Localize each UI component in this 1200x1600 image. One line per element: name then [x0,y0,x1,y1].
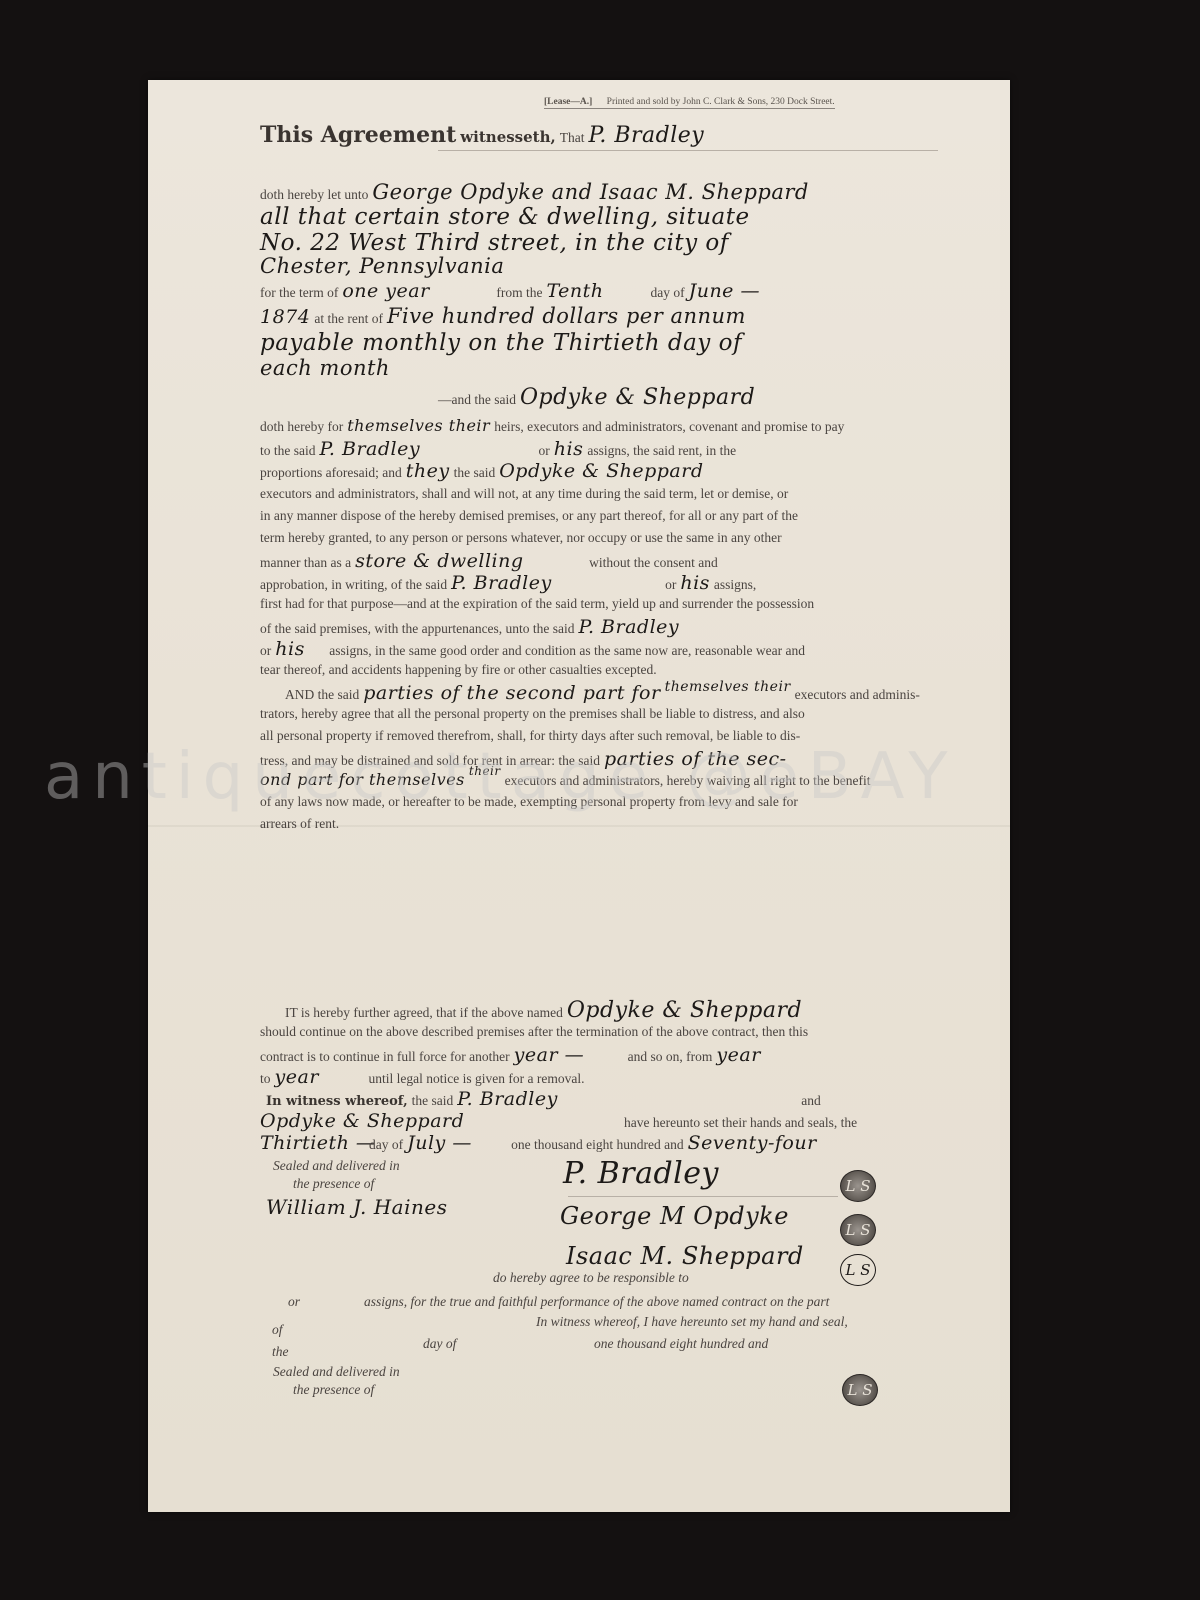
signature-sheppard: Isaac M. Sheppard [566,1242,804,1270]
printed-text: doth hereby let unto [260,187,368,202]
surety-line-2: or assigns, for the true and faithful pe… [288,1293,829,1311]
printed-text: the said [454,465,496,480]
lessor-name: P. Bradley [588,123,704,148]
lessor-name: P. Bradley [579,616,680,638]
body-line-17: approbation, in writing, of the said P. … [260,572,756,595]
handwritten-fill: themselves their [665,679,791,695]
body-line-6: 1874 at the rent of Five hundred dollars… [260,304,746,329]
watermark: antiquecottage @eBAY [44,740,957,814]
lessor-name: P. Bradley [451,572,661,594]
printed-text: day of [650,285,684,300]
printed-text: should continue on the above described p… [260,1022,808,1042]
witness-line-1: In witness whereof, the said P. Bradley … [266,1088,821,1111]
printed-text: executors and administrators, shall and … [260,484,788,504]
printed-text: day of [369,1137,403,1152]
witness-line-2: Opdyke & Sheppard have hereunto set thei… [260,1110,857,1133]
printed-text: assigns, for the true and faithful perfo… [364,1294,829,1309]
printed-text: or [260,643,271,658]
printed-text: executors and adminis- [795,687,920,702]
printed-text: arrears of rent. [260,814,339,834]
body-line-1: doth hereby let unto George Opdyke and I… [260,180,809,205]
printed-text: or [539,443,550,458]
printed-text: In witness whereof, [266,1094,408,1109]
printed-text: the said [412,1093,454,1108]
printed-text: or [288,1294,360,1310]
printed-text: of [272,1322,283,1338]
handwritten-fill: they [406,460,450,482]
renewal-line-1: IT is hereby further agreed, that if the… [285,998,802,1023]
body-line-22: AND the said parties of the second part … [285,682,920,705]
printed-text: of the said premises, with the appurtena… [260,621,575,636]
presence-label: the presence of [293,1176,374,1192]
printer-credit: Printed and sold by John C. Clark & Sons… [607,97,835,107]
printed-text: one thousand eight hundred and [594,1336,768,1352]
form-number: [Lease—A.] [544,97,592,107]
rent-amount: Five hundred dollars per annum [387,304,746,328]
printed-text: and so on, from [628,1049,713,1064]
lessor-name: P. Bradley [320,438,535,460]
presence-label: the presence of [293,1382,374,1398]
seal-icon: L S [842,1374,878,1406]
signing-day: Thirtieth — [260,1132,365,1154]
lessor-name: P. Bradley [457,1088,797,1110]
printer-line: [Lease—A.] Printed and sold by John C. C… [544,97,835,109]
printed-text: first had for that purpose—and at the ex… [260,594,814,614]
renewal-line-4: to year until legal notice is given for … [260,1066,584,1089]
sealed-label: Sealed and delivered in [273,1158,400,1174]
printed-text: assigns, [714,577,756,592]
lessees-names: George Opdyke and Isaac M. Sheppard [372,180,809,204]
printed-text: the [272,1344,289,1360]
lessees-short: Opdyke & Sheppard [499,460,703,482]
lease-term: one year [342,280,492,302]
printed-text: to the said [260,443,316,458]
printed-text: one thousand eight hundred and [511,1137,683,1152]
permitted-use: store & dwelling [355,550,585,572]
body-line-5: for the term of one year from the Tenth … [260,280,760,303]
sealed-label: Sealed and delivered in [273,1364,400,1380]
handwritten-fill: his [680,572,710,594]
signing-year: Seventy-four [688,1132,817,1154]
body-line-11: to the said P. Bradley or his assigns, t… [260,438,736,461]
renewal-period: year — [514,1044,624,1066]
signature-opdyke: George M Opdyke [560,1202,789,1230]
heading-title: This Agreement [260,122,456,148]
handwritten-fill: his [275,638,325,660]
printed-text: —and the said [438,392,516,407]
renewal-period: year [716,1044,760,1066]
printed-text: have hereunto set their hands and seals,… [624,1115,857,1130]
premises-description: all that certain store & dwelling, situa… [260,204,750,230]
body-line-20: or his assigns, in the same good order a… [260,638,805,661]
handwritten-fill: themselves their [347,416,490,435]
body-line-12: proportions aforesaid; and they the said… [260,460,703,483]
printed-text: approbation, in writing, of the said [260,577,447,592]
premises-city: Chester, Pennsylvania [260,254,504,278]
payment-terms: payable monthly on the Thirtieth day of [260,330,742,356]
printed-text: proportions aforesaid; and [260,465,402,480]
printed-text: and [801,1093,821,1108]
printed-text: trators, hereby agree that all the perso… [260,704,805,724]
premises-address: No. 22 West Third street, in the city of [260,230,729,256]
printed-text: for the term of [260,285,338,300]
seal-icon: L S [840,1214,876,1246]
printed-text: contract is to continue in full force fo… [260,1049,510,1064]
printed-text: IT is hereby further agreed, that if the… [285,1005,563,1020]
body-line-16: manner than as a store & dwelling withou… [260,550,718,573]
printed-text: assigns, the said rent, in the [587,443,736,458]
printed-text: in any manner dispose of the hereby demi… [260,506,798,526]
printed-text: AND the said [285,687,359,702]
lessees-short: Opdyke & Sheppard [260,1110,620,1132]
printed-text: tear thereof, and accidents happening by… [260,660,657,680]
printed-text: until legal notice is given for a remova… [369,1071,585,1086]
rule [438,150,938,151]
start-year: 1874 [260,306,310,328]
printed-text: at the rent of [314,311,383,326]
handwritten-fill: his [554,438,584,460]
printed-text: day of [423,1336,456,1352]
printed-text: do hereby agree to be responsible to [493,1270,689,1286]
lessees-short: Opdyke & Sheppard [520,385,755,410]
signature-bradley: P. Bradley [563,1156,719,1191]
heading-that: That [560,130,585,145]
renewal-period: year [275,1066,365,1088]
seal-icon: L S [840,1170,876,1202]
start-day: Tenth [546,280,646,302]
signature-rule [568,1196,838,1197]
printed-text: to [260,1071,271,1086]
seal-icon: L S [840,1254,876,1286]
heading-witnesseth: witnesseth, [460,128,555,146]
lessees-short: Opdyke & Sheppard [567,998,802,1023]
body-line-19: of the said premises, with the appurtena… [260,616,679,639]
printed-text: heirs, executors and administrators, cov… [494,419,844,434]
printed-text: doth hereby for [260,419,343,434]
handwritten-fill: parties of the second part for [363,682,660,704]
printed-text: without the consent and [589,555,718,570]
agreement-heading: This Agreement witnesseth, That P. Bradl… [260,122,704,148]
renewal-line-3: contract is to continue in full force fo… [260,1044,761,1067]
payment-terms-cont: each month [260,356,390,380]
printed-text: from the [496,285,542,300]
printed-text: assigns, in the same good order and cond… [329,643,805,658]
signing-month: July — [407,1132,507,1154]
witness-line-3: Thirtieth — day of July — one thousand e… [260,1132,817,1155]
printed-text: or [665,577,676,592]
printed-text: In witness whereof, I have hereunto set … [536,1314,848,1330]
witness-signature: William J. Haines [266,1195,447,1219]
printed-text: manner than as a [260,555,351,570]
body-line-10: doth hereby for themselves their heirs, … [260,416,844,437]
body-line-9: —and the said Opdyke & Sheppard [438,385,755,410]
start-month: June — [689,280,760,302]
printed-text: term hereby granted, to any person or pe… [260,528,782,548]
